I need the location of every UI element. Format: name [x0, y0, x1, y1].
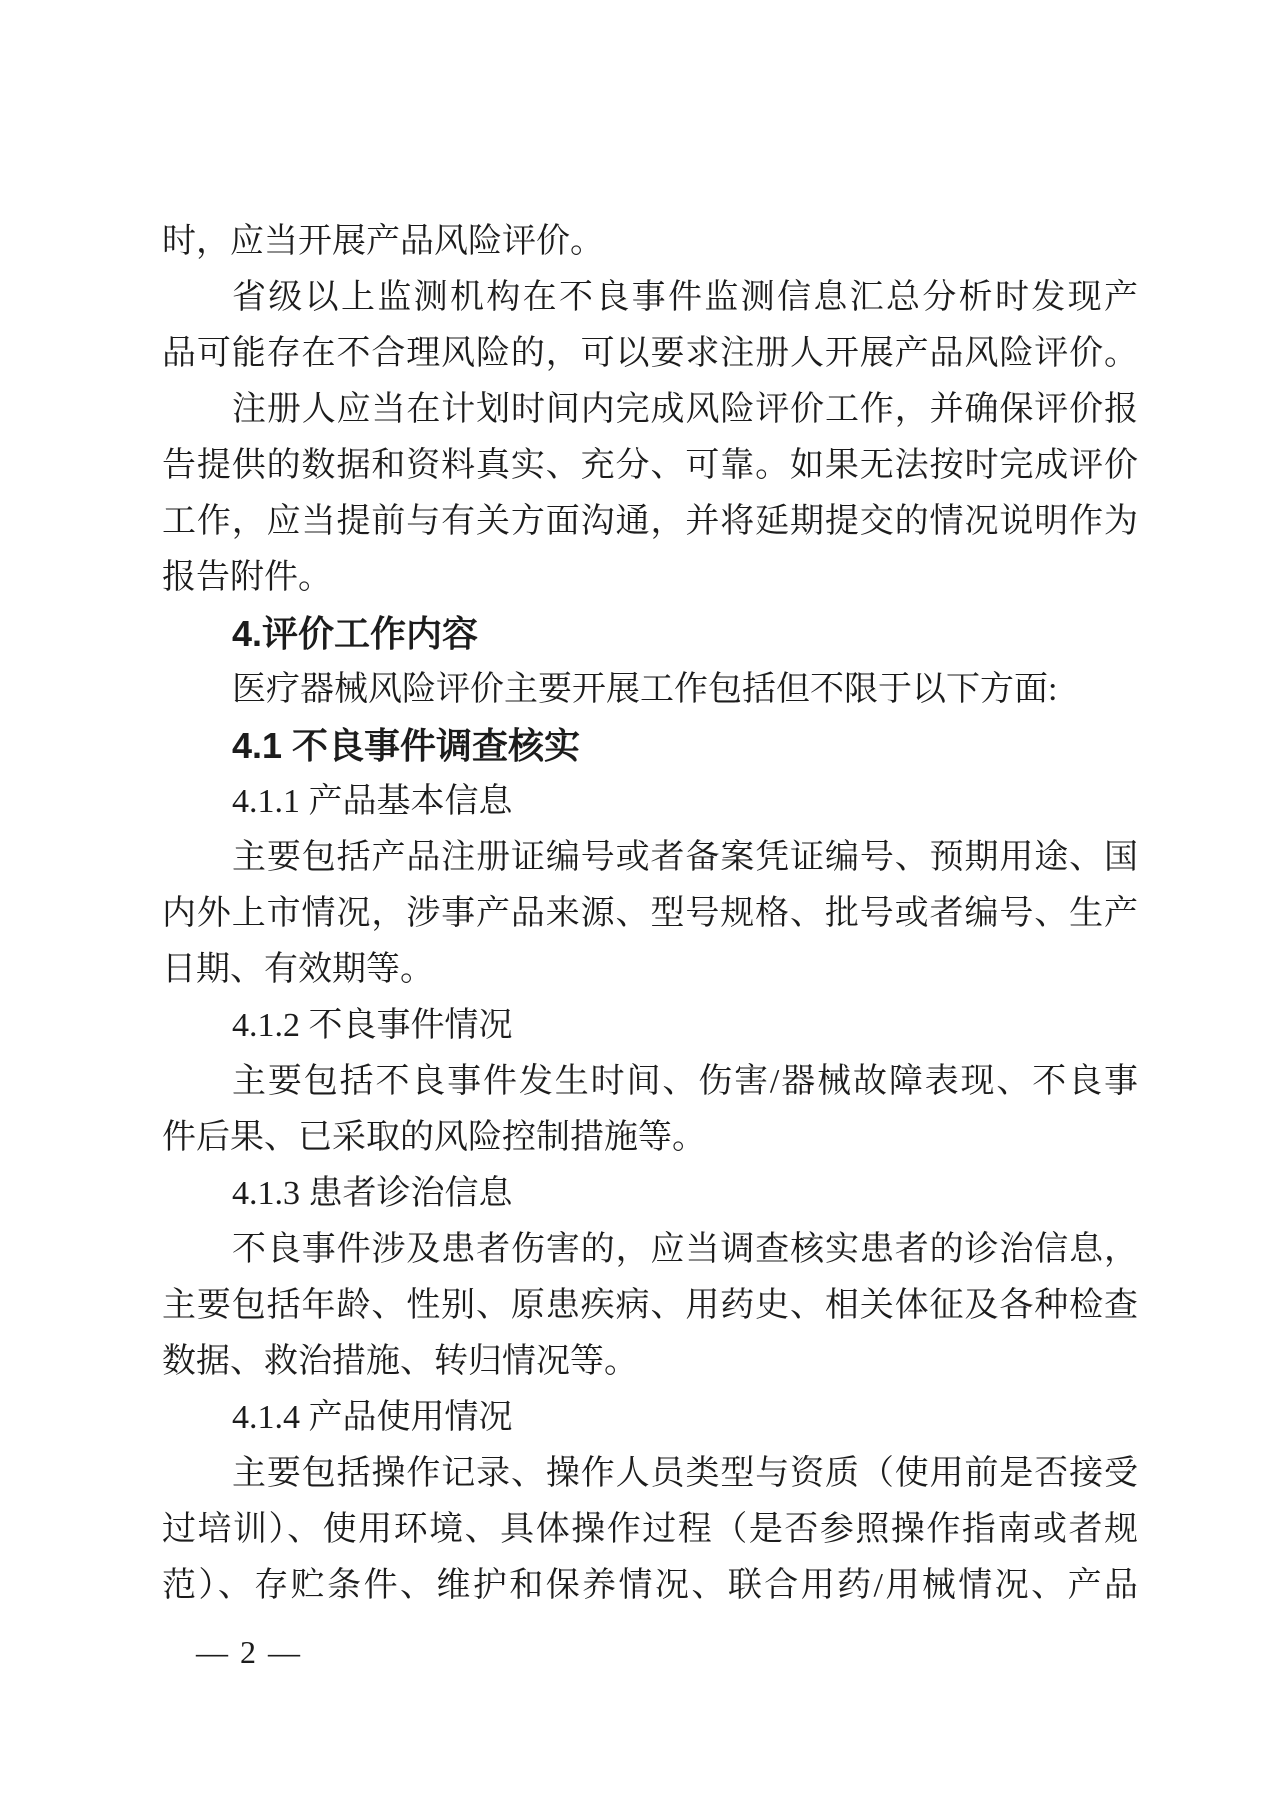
text-line: 内外上市情况，涉事产品来源、型号规格、批号或者编号、生产 [162, 886, 1138, 942]
text-line: 日期、有效期等。 [162, 942, 1138, 998]
text-line: 件后果、已采取的风险控制措施等。 [162, 1110, 1138, 1166]
text-line: 不良事件涉及患者伤害的，应当调查核实患者的诊治信息， [162, 1222, 1138, 1278]
subheading-line: 4.1.4 产品使用情况 [162, 1390, 1138, 1446]
text-line: 范）、存贮条件、维护和保养情况、联合用药/用械情况、产品 [162, 1558, 1138, 1614]
text-line: 医疗器械风险评价主要开展工作包括但不限于以下方面: [162, 662, 1138, 718]
document-page: 时，应当开展产品风险评价。 省级以上监测机构在不良事件监测信息汇总分析时发现产 … [0, 0, 1280, 1810]
subheading-line: 4.1.1 产品基本信息 [162, 774, 1138, 830]
heading-line: 4.评价工作内容 [162, 606, 1138, 662]
text-line: 时，应当开展产品风险评价。 [162, 214, 1138, 270]
heading-line: 4.1 不良事件调查核实 [162, 718, 1138, 774]
text-line: 省级以上监测机构在不良事件监测信息汇总分析时发现产 [162, 270, 1138, 326]
text-line: 主要包括操作记录、操作人员类型与资质（使用前是否接受 [162, 1446, 1138, 1502]
text-line: 主要包括产品注册证编号或者备案凭证编号、预期用途、国 [162, 830, 1138, 886]
text-line: 报告附件。 [162, 550, 1138, 606]
text-line: 注册人应当在计划时间内完成风险评价工作，并确保评价报 [162, 382, 1138, 438]
document-body: 时，应当开展产品风险评价。 省级以上监测机构在不良事件监测信息汇总分析时发现产 … [162, 214, 1138, 1614]
text-line: 工作，应当提前与有关方面沟通，并将延期提交的情况说明作为 [162, 494, 1138, 550]
text-line: 数据、救治措施、转归情况等。 [162, 1334, 1138, 1390]
text-line: 主要包括不良事件发生时间、伤害/器械故障表现、不良事 [162, 1054, 1138, 1110]
text-line: 主要包括年龄、性别、原患疾病、用药史、相关体征及各种检查 [162, 1278, 1138, 1334]
text-line: 品可能存在不合理风险的，可以要求注册人开展产品风险评价。 [162, 326, 1138, 382]
subheading-line: 4.1.3 患者诊治信息 [162, 1166, 1138, 1222]
page-number: — 2 — [196, 1632, 302, 1672]
text-line: 告提供的数据和资料真实、充分、可靠。如果无法按时完成评价 [162, 438, 1138, 494]
subheading-line: 4.1.2 不良事件情况 [162, 998, 1138, 1054]
text-line: 过培训）、使用环境、具体操作过程（是否参照操作指南或者规 [162, 1502, 1138, 1558]
